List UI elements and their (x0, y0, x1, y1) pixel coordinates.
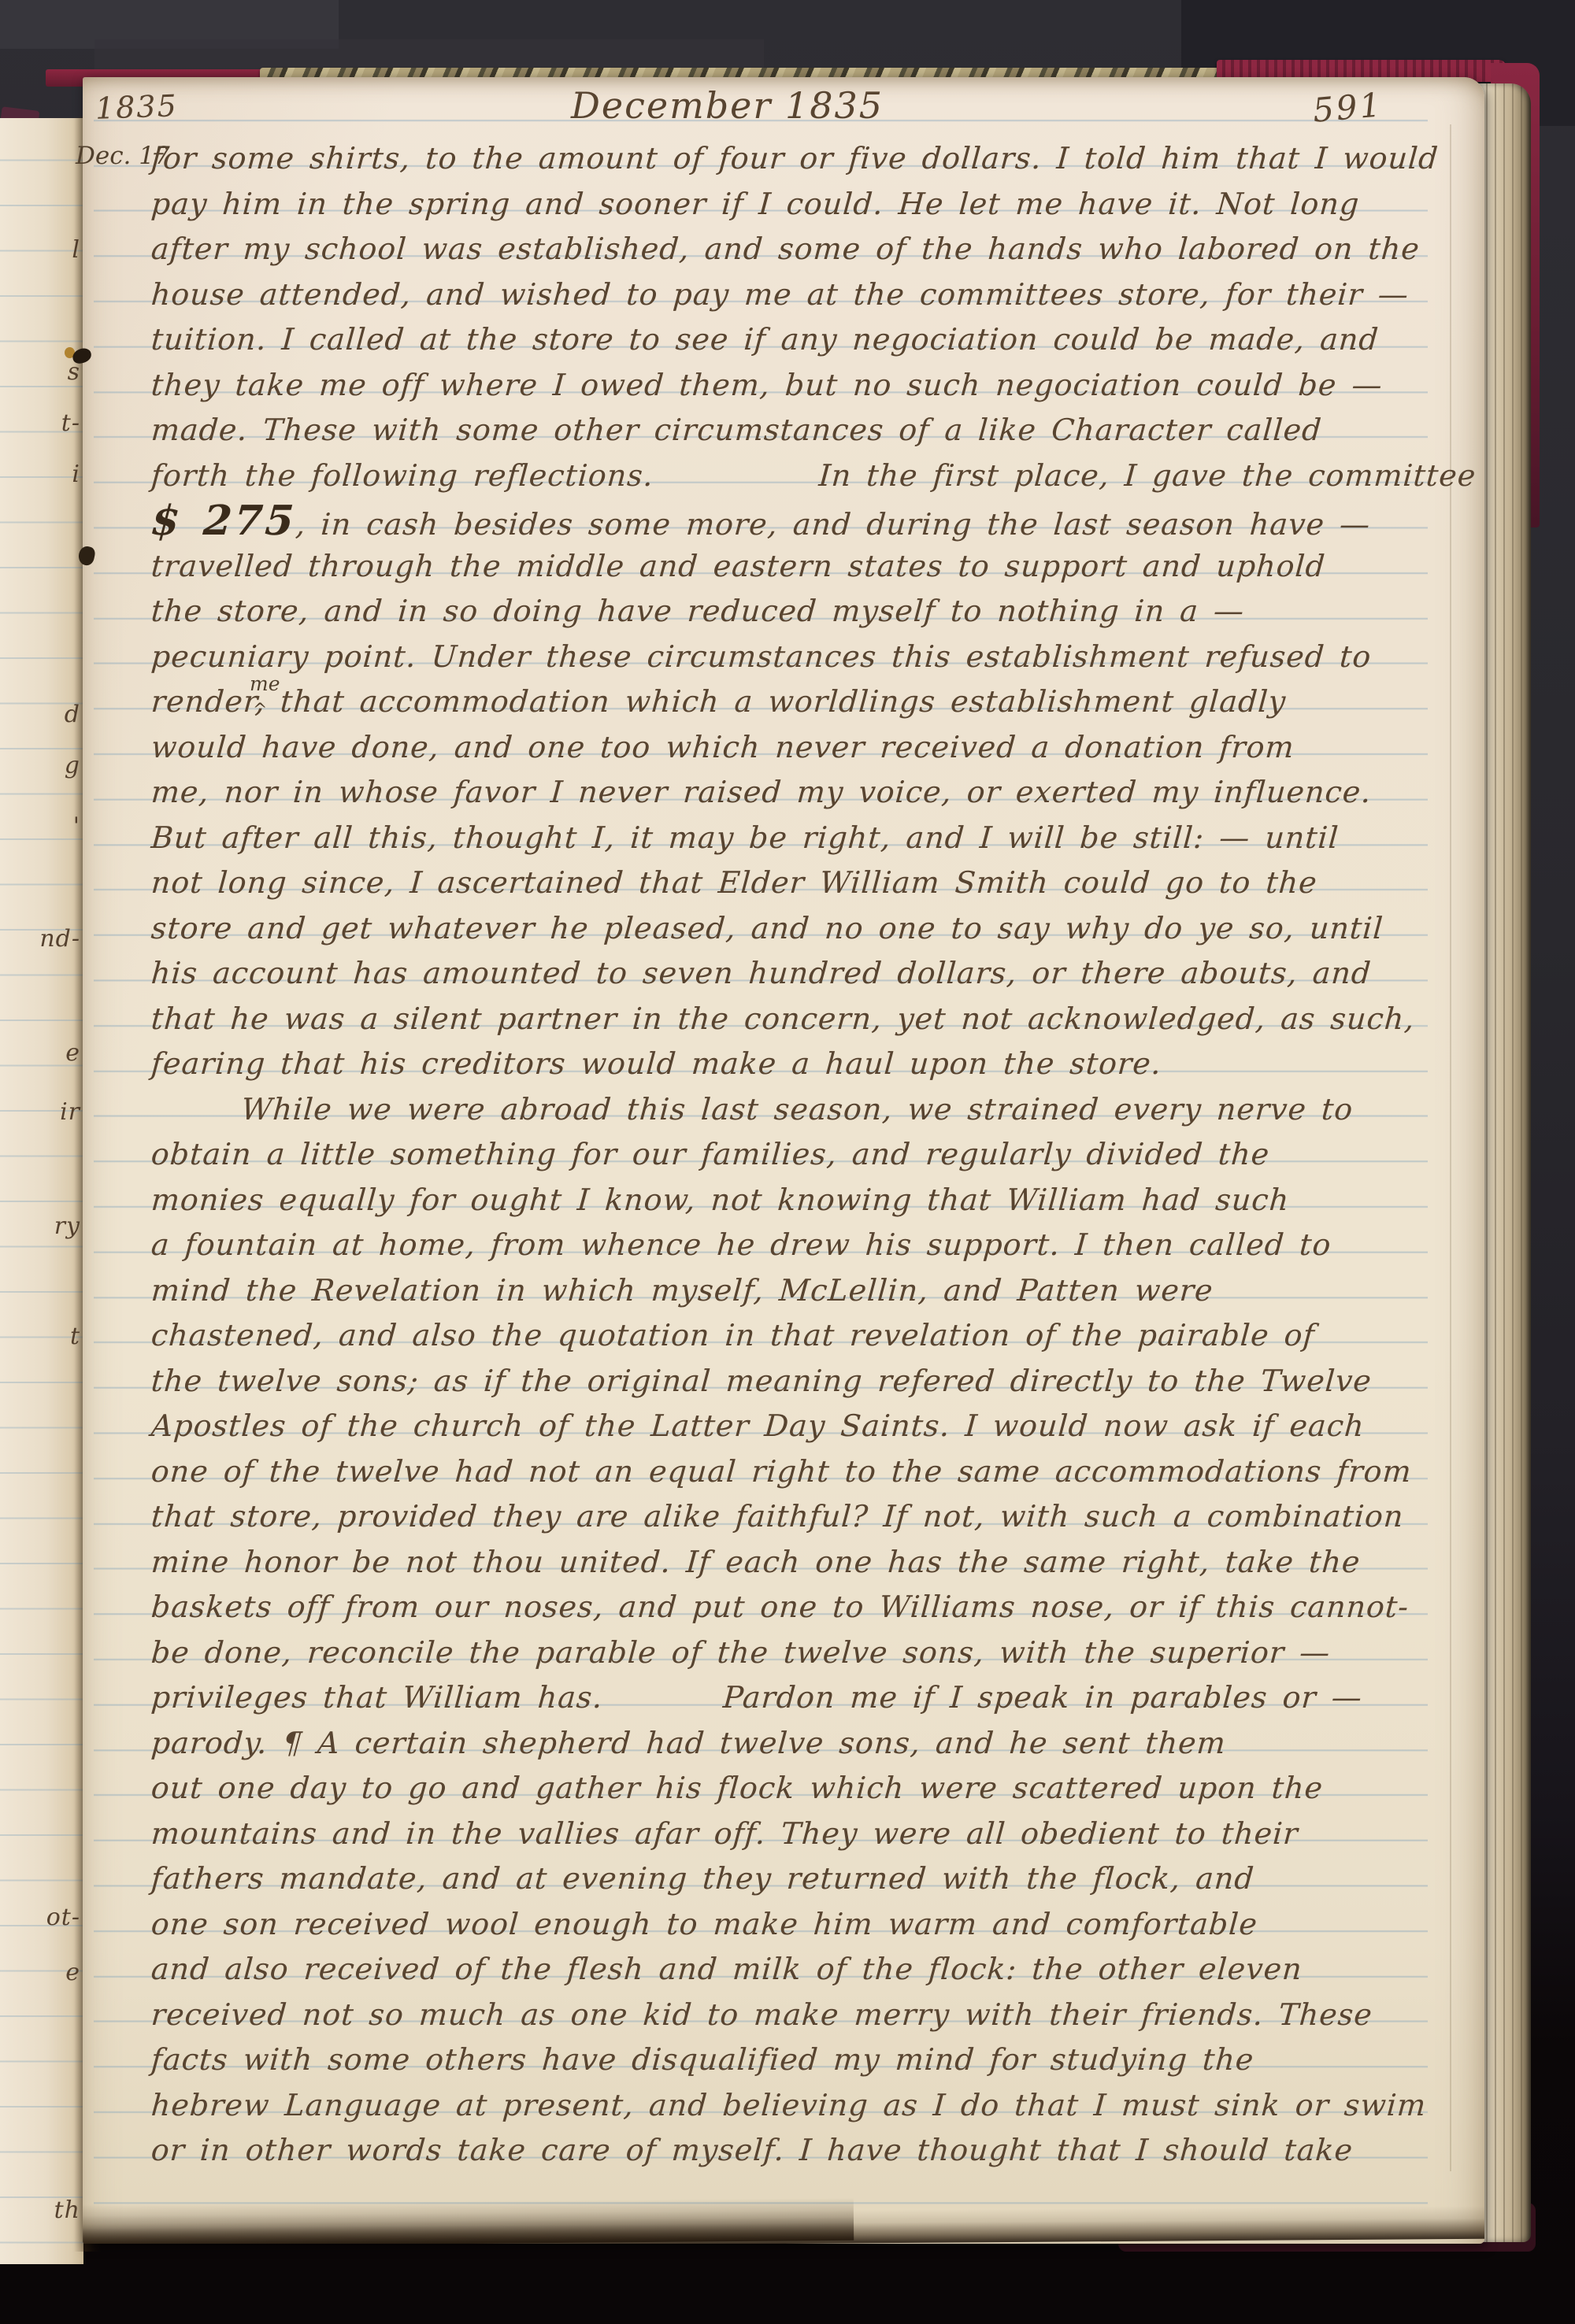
manuscript-line: his account has amounted to seven hundre… (150, 951, 1480, 997)
year-label: 1835 (94, 88, 178, 126)
manuscript-line: made. These with some other circumstance… (150, 408, 1480, 453)
manuscript-line: a fountain at home, from whence he drew … (150, 1223, 1480, 1268)
manuscript-line: facts with some others have disqualified… (150, 2037, 1480, 2083)
manuscript-line: forth the following reflections. In the … (150, 453, 1480, 499)
manuscript-line: pecuniary point. Under these circumstanc… (150, 635, 1480, 680)
manuscript-line: me, nor in whose favor I never raised my… (150, 770, 1480, 816)
margin-date: Dec. 17 (76, 142, 170, 170)
manuscript-line: house attended, and wished to pay me at … (150, 272, 1480, 318)
manuscript-line: received not so much as one kid to make … (150, 1993, 1480, 2038)
manuscript-line: fearing that his creditors would make a … (150, 1042, 1480, 1087)
manuscript-line: $ 275, in cash besides some more, and du… (150, 498, 1480, 544)
manuscript-line: after my school was established, and som… (150, 227, 1480, 272)
scanned-journal-photo: { "document": { "year_label": "1835", "t… (0, 0, 1575, 2324)
manuscript-line: one of the twelve had not an equal right… (150, 1449, 1480, 1495)
manuscript-line: not long since, I ascertained that Elder… (150, 860, 1480, 906)
manuscript-line: one son received wool enough to make him… (150, 1902, 1480, 1948)
emphasized-amount: $ 275 (150, 497, 298, 545)
page-bottom-stain (83, 2198, 854, 2244)
manuscript-line: hebrew Language at present, and believin… (150, 2083, 1480, 2129)
manuscript-line: out one day to go and gather his flock w… (150, 1766, 1480, 1811)
insertion-caret-mark: ^ (253, 701, 267, 720)
interlinear-insertion: me (250, 672, 280, 695)
manuscript-line: chastened, and also the quotation in tha… (150, 1313, 1480, 1359)
manuscript-line: that store, provided they are alike fait… (150, 1494, 1480, 1540)
manuscript-line: travelled through the middle and eastern… (150, 544, 1480, 590)
manuscript-line: parody. ¶ A certain shepherd had twelve … (150, 1721, 1480, 1767)
manuscript-line: monies equally for ought I know, not kno… (150, 1178, 1480, 1223)
manuscript-line: mine honor be not thou united. If each o… (150, 1540, 1480, 1586)
manuscript-line: pay him in the spring and sooner if I co… (150, 182, 1480, 228)
manuscript-line: the store, and in so doing have reduced … (150, 589, 1480, 635)
book-page-edges-right (1479, 83, 1531, 2242)
manuscript-line: But after all this, thought I, it may be… (150, 816, 1480, 861)
manuscript-line: be done, reconcile the parable of the tw… (150, 1630, 1480, 1676)
manuscript-line: that he was a silent partner in the conc… (150, 997, 1480, 1042)
manuscript-text: for some shirts, to the amount of four o… (150, 136, 1477, 2174)
page-title: December 1835 (571, 83, 884, 128)
manuscript-line: or in other words take care of myself. I… (150, 2128, 1480, 2174)
manuscript-line: fathers mandate, and at evening they ret… (150, 1856, 1480, 1902)
facing-page-edge: lst-idg'nd-eirrytot-eth (0, 118, 83, 2264)
manuscript-line: render, that accommodation which a world… (150, 679, 1480, 725)
manuscript-line: baskets off from our noses, and put one … (150, 1585, 1480, 1630)
manuscript-line: Apostles of the church of the Latter Day… (150, 1404, 1480, 1449)
manuscript-line: store and get whatever he pleased, and n… (150, 906, 1480, 952)
manuscript-line: the twelve sons; as if the original mean… (150, 1359, 1480, 1404)
manuscript-line: for some shirts, to the amount of four o… (150, 136, 1480, 182)
manuscript-line: would have done, and one too which never… (150, 725, 1480, 771)
manuscript-line: they take me off where I owed them, but … (150, 363, 1480, 409)
manuscript-line: tuition. I called at the store to see if… (150, 317, 1480, 363)
manuscript-line: obtain a little something for our famili… (150, 1132, 1480, 1178)
manuscript-line: mind the Revelation in which myself, McL… (150, 1268, 1480, 1314)
manuscript-page: 1835 December 1835 591 for some shirts, … (83, 77, 1484, 2244)
manuscript-line: mountains and in the vallies afar off. T… (150, 1811, 1480, 1857)
page-number: 591 (1311, 85, 1384, 130)
manuscript-line: privileges that William has. Pardon me i… (150, 1675, 1480, 1721)
manuscript-line: While we were abroad this last season, w… (150, 1087, 1480, 1133)
manuscript-line: and also received of the flesh and milk … (150, 1947, 1480, 1993)
